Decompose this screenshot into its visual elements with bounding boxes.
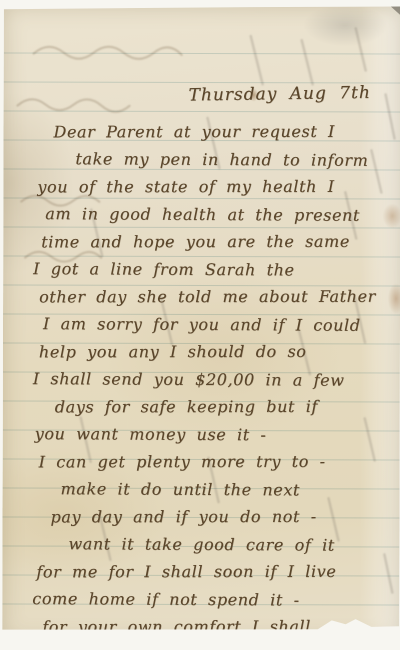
letter-content: Thursday Aug 7th Dear Parent at your req… [2, 5, 400, 641]
letter-line: days for safe keeping but if [55, 393, 400, 421]
letter-paper: Thursday Aug 7th Dear Parent at your req… [2, 5, 400, 641]
letter-line: other day she told me about Father [39, 283, 400, 311]
letter-line: for your own comfort I shall [42, 613, 399, 641]
letter-line: you of the state of my health I [37, 173, 400, 201]
letter-line: Dear Parent at your request I [53, 118, 400, 146]
letter-line: I am sorry for you and if I could [43, 310, 400, 339]
letter-line: for me for I shall soon if I live [36, 558, 399, 586]
scanned-letter-photo: Thursday Aug 7th Dear Parent at your req… [0, 0, 400, 650]
letter-line: help you any I should do so [39, 338, 400, 366]
letter-line: I can get plenty more try to - [39, 448, 400, 476]
letter-line: I got a line from Sarah the [33, 255, 400, 284]
letter-line: make it do until the next [60, 475, 399, 504]
letter-line: time and hope you are the same [41, 228, 400, 256]
letter-line: want it take good care of it [68, 530, 399, 559]
letter-line: take my pen in hand to inform [75, 145, 400, 174]
letter-line: I shall send you $20,00 in a few [33, 365, 400, 394]
letter-date: Thursday Aug 7th [188, 83, 371, 106]
letter-line: am in good health at the present [45, 200, 400, 229]
letter-line: come home if not spend it - [32, 585, 399, 614]
letter-line: pay day and if you do not - [50, 503, 399, 531]
letter-line: you want money use it - [35, 420, 400, 449]
letter-body: Dear Parent at your request Itake my pen… [2, 117, 400, 641]
